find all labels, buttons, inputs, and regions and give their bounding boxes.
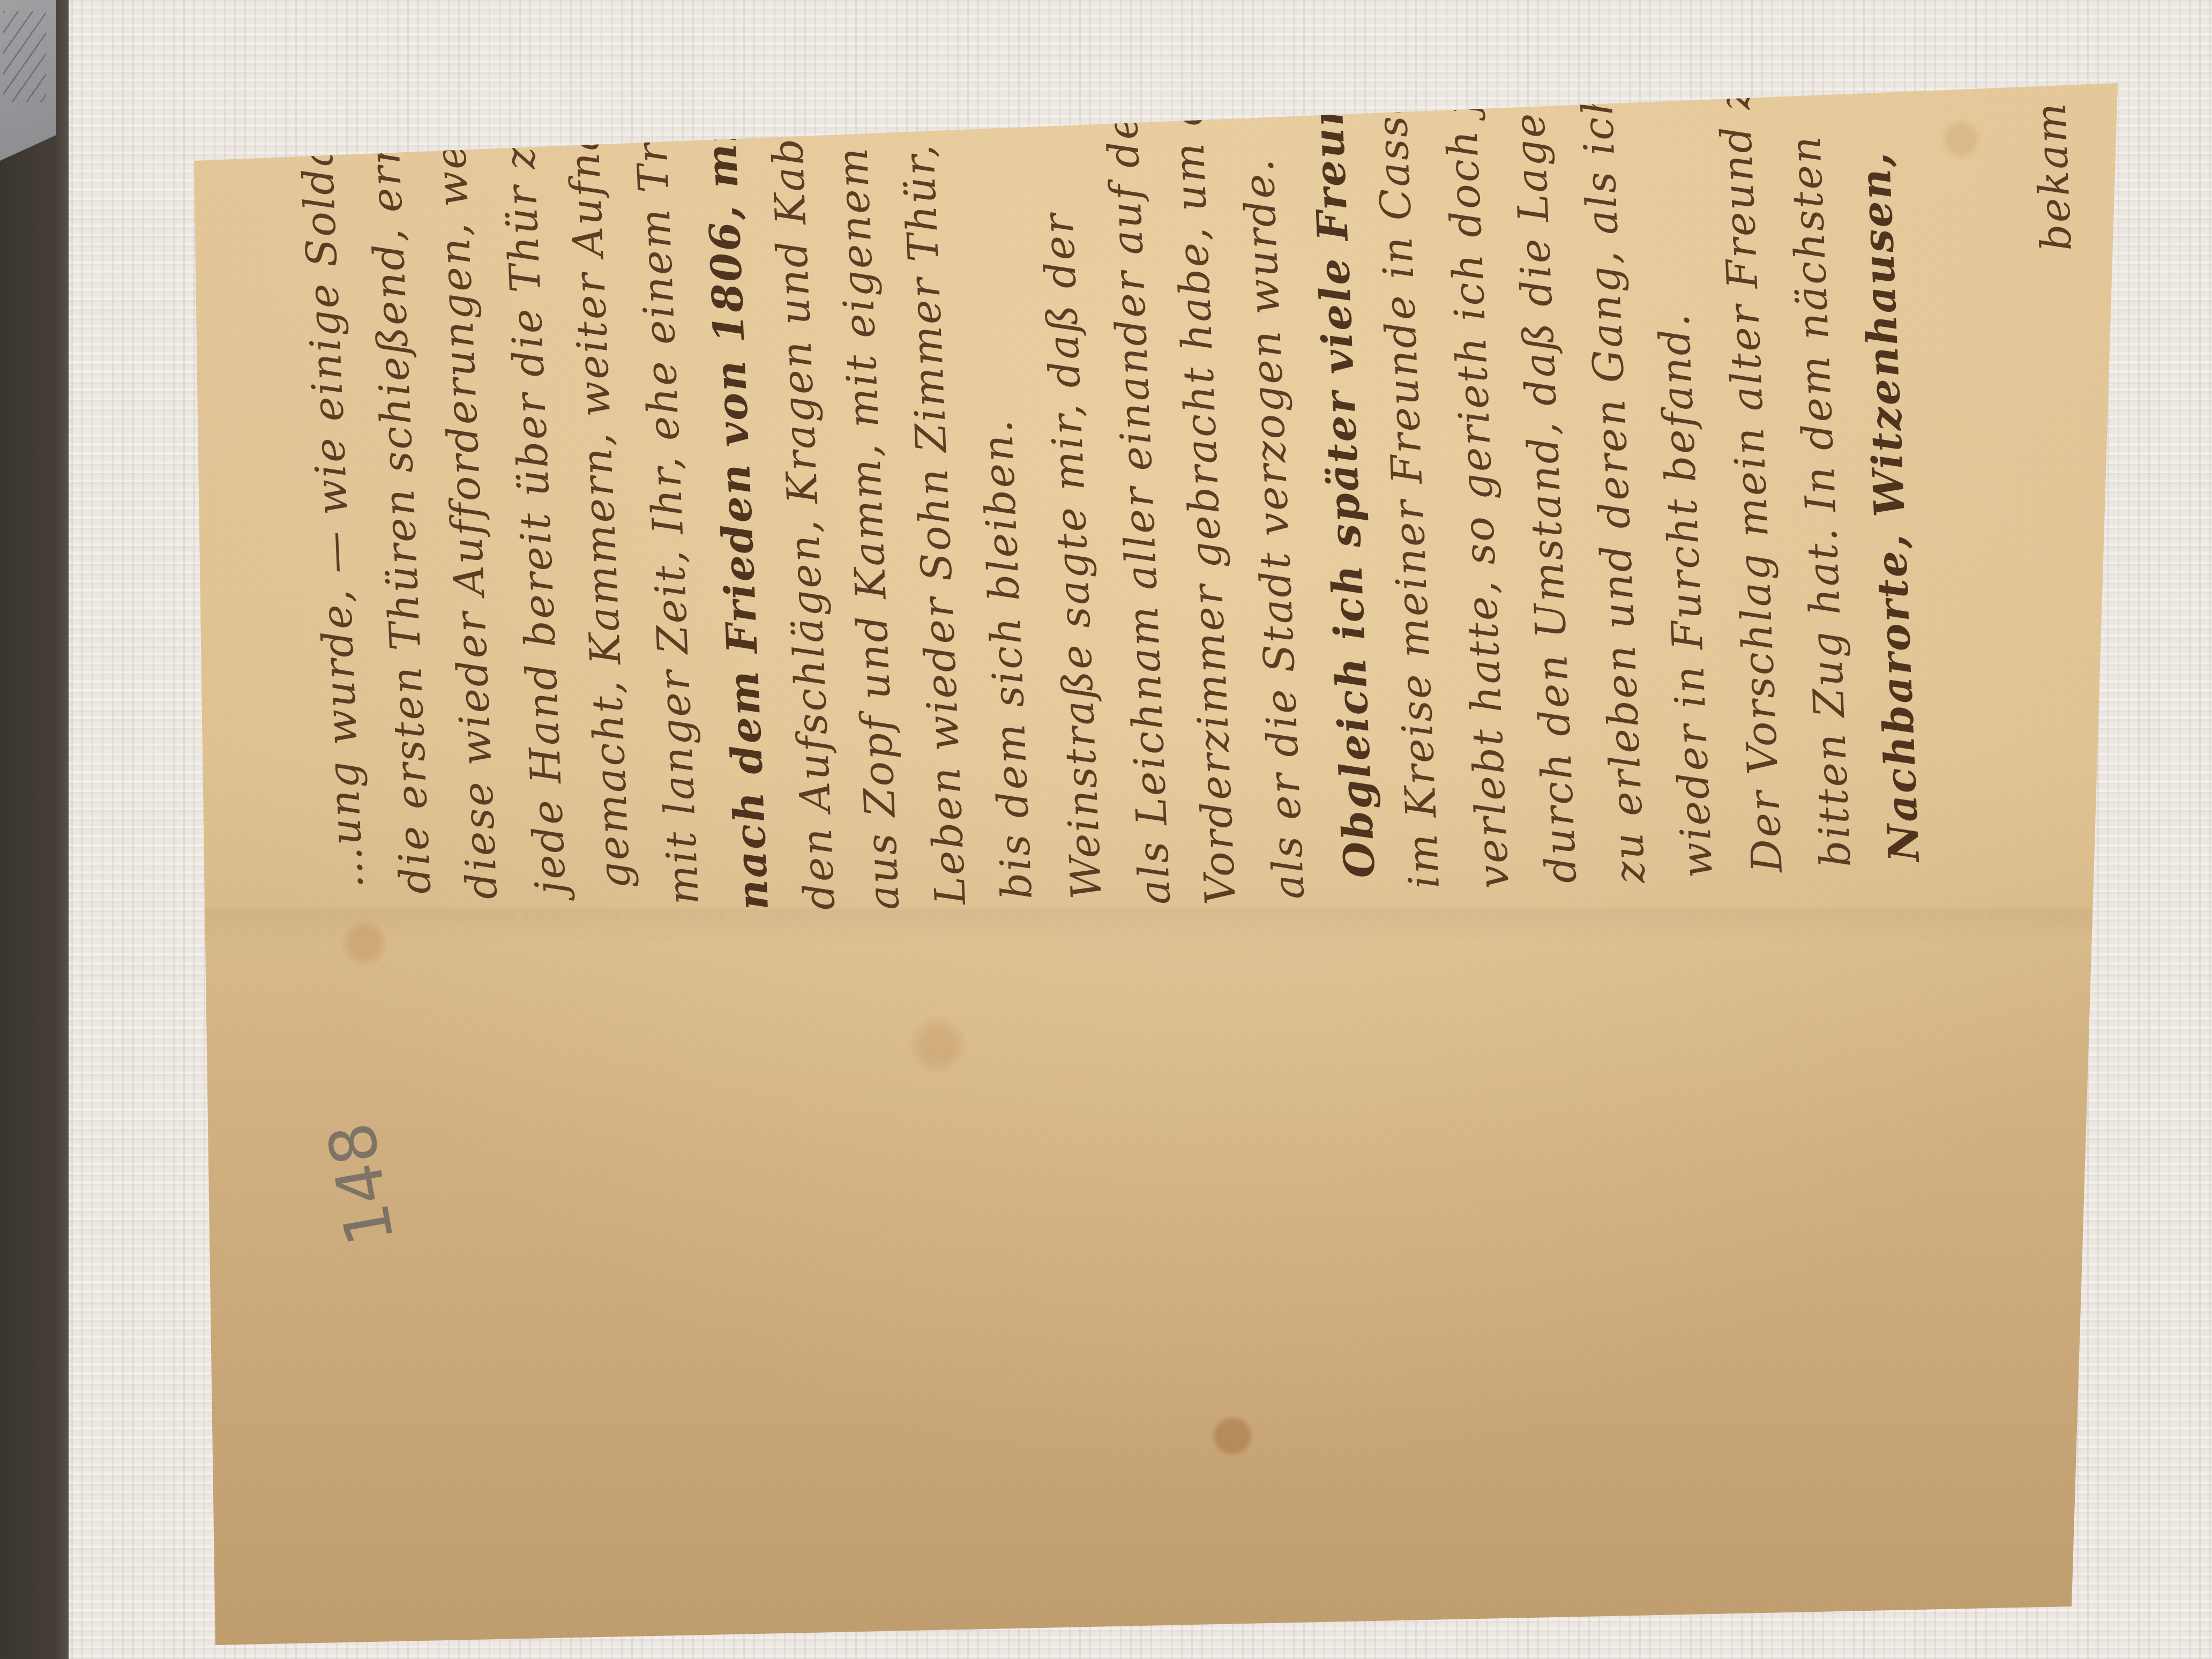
manuscript-line: aus Zopf und Kamm, mit eigenem — [832, 146, 906, 911]
manuscript-line: den Aufschlägen, Kragen und Kabat, — [765, 77, 841, 911]
manuscript-line: bis dem sich bleiben. — [976, 417, 1038, 900]
manuscript-line: diese wieder Aufforderungen, wenn — [428, 85, 504, 900]
manuscript-line: bekam — [2030, 101, 2078, 252]
manuscript-line: jede Hand bereit über die Thür zu — [498, 117, 572, 895]
pencil-page-number: 148 — [314, 1117, 409, 1251]
manuscript-line: zu erleben und deren Gang, als ich mich — [1571, 0, 1651, 884]
printed-sheet-corner — [0, 0, 56, 161]
manuscript-line: Weinstraße sagte mir, daß der — [1037, 212, 1108, 900]
manuscript-line: als er die Stadt verzogen wurde. — [1238, 156, 1311, 900]
manuscript-line: mit langer Zeit, Ihr, ehe einem Trupp, — [627, 41, 705, 906]
dark-table-edge — [0, 0, 69, 1659]
manuscript-line: verlebt hatte, so gerieth ich doch jetzt — [1437, 12, 1515, 890]
manuscript-page: …ung wurde, — wie einige Soldaten, auf d… — [0, 0, 2212, 1659]
manuscript-line: bitten Zug hat. In dem nächsten — [1785, 134, 1857, 868]
manuscript-line: durch den Umstand, daß die Lage — [1509, 111, 1583, 884]
manuscript-line: Nachbarorte, Witzenhausen, — [1854, 151, 1926, 863]
manuscript-line: Leben wieder Sohn Zimmer Thür, — [898, 143, 972, 906]
manuscript-line: Der Vorschlag mein alter Freund zu — [1713, 57, 1789, 873]
manuscript-line: wieder in Furcht befand. — [1654, 312, 1719, 879]
manuscript-line: als Leichnam aller einander auf den — [1101, 84, 1177, 906]
manuscript-line: gemacht, Kammern, weiter Aufnahme — [559, 28, 637, 890]
printed-text-shadow — [3, 11, 46, 102]
manuscript-line: im Kreise meiner Freunde in Cassel — [1370, 72, 1446, 890]
